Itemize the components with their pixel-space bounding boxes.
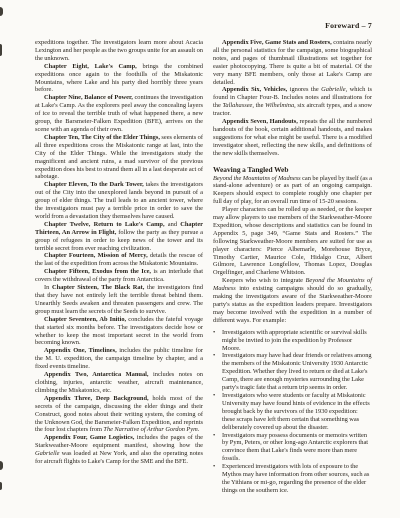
- text-run: Chapter Eight, Lake's Camp,: [44, 63, 137, 70]
- text-run: sees elements of all three expeditions c…: [35, 134, 203, 181]
- text-run: Appendix Seven, Handouts,: [222, 118, 298, 125]
- paragraph: Keepers who wish to integrate Beyond the…: [213, 277, 372, 324]
- text-run: Gabrielle: [35, 450, 60, 457]
- text-run: Chapter Fourteen, Mission of Mercy,: [44, 252, 148, 259]
- bullet-item: •Experienced investigators with lots of …: [213, 463, 372, 495]
- text-run: Appendix Six, Vehicles,: [222, 86, 287, 93]
- text-run: In: [44, 284, 52, 291]
- text-columns: expeditions together. The investigators …: [35, 39, 372, 495]
- text-run: Investigators may have had dear friends …: [222, 352, 372, 391]
- text-run: Chapter Fifteen, Exodus from the Ice,: [44, 268, 151, 275]
- text-run: Chapter Seventeen, Ab Initio,: [44, 316, 126, 323]
- paragraph: In Chapter Sixteen, The Black Rat, the i…: [35, 284, 203, 316]
- bullet-item: •Investigators may possess documents or …: [213, 432, 372, 464]
- text-run: The Narrative of Arthur Gordon Pym: [103, 426, 197, 433]
- text-run: Gabrielle: [321, 86, 346, 93]
- page: Foreward – 7 expeditions together. The i…: [0, 0, 400, 518]
- text-run: Beyond the Mountains of Madness: [213, 175, 301, 182]
- scan-artifact: [0, 461, 3, 470]
- paragraph: Player characters can be rolled up as ne…: [213, 206, 372, 277]
- bullet-item: •Investigators who were students or facu…: [213, 392, 372, 432]
- bullet-icon: •: [213, 329, 222, 337]
- scan-artifact: [0, 7, 3, 16]
- section-heading: Weaving a Tangled Web: [213, 166, 372, 174]
- paragraph: Appendix One, Timelines, includes the pu…: [35, 347, 203, 371]
- bullet-icon: •: [213, 463, 222, 471]
- text-run: Investigators with appropriate scientifi…: [222, 329, 367, 352]
- scan-artifact: [0, 482, 2, 490]
- right-column: Appendix Five, Game Stats and Rosters, c…: [213, 39, 372, 495]
- paragraph: Appendix Six, Vehicles, ignores the Gabr…: [213, 86, 372, 118]
- text-run: Investigators who were students or facul…: [222, 392, 370, 431]
- paragraph: Chapter Fifteen, Exodus from the Ice, is…: [35, 268, 203, 284]
- text-run: Keepers who wish to integrate: [222, 277, 305, 284]
- paragraph: Beyond the Mountains of Madness can be p…: [213, 175, 372, 207]
- paragraph: Chapter Eight, Lake's Camp, brings the c…: [35, 63, 203, 95]
- text-run: Appendix Five, Game Stats and Rosters,: [222, 39, 332, 46]
- text-run: Chapter Eleven, To the Dark Tower,: [44, 181, 144, 188]
- text-run: , the: [252, 102, 265, 109]
- text-run: .: [198, 426, 200, 433]
- text-run: Appendix Three, Deep Background,: [44, 395, 149, 402]
- text-run: Player characters can be rolled up as ne…: [213, 206, 372, 276]
- paragraph: Appendix Seven, Handouts, repeats the al…: [213, 118, 372, 158]
- paragraph: Chapter Ten, The City of the Elder Thing…: [35, 134, 203, 181]
- text-run: Chapter Sixteen, The Black Rat,: [52, 284, 144, 291]
- text-run: Tallahassee: [222, 102, 252, 109]
- text-run: and: [165, 221, 181, 228]
- paragraph: Appendix Five, Game Stats and Rosters, c…: [213, 39, 372, 86]
- bullet-item: •Investigators may have had dear friends…: [213, 352, 372, 392]
- paragraph: Chapter Fourteen, Mission of Mercy, deta…: [35, 252, 203, 268]
- text-run: into existing campaigns should do so gra…: [213, 285, 372, 324]
- running-head: Foreward – 7: [325, 21, 372, 30]
- text-run: Chapter Ten, The City of the Elder Thing…: [44, 134, 160, 141]
- paragraph: Appendix Four, Game Logistics, includes …: [35, 434, 203, 466]
- paragraph: Appendix Three, Deep Background, holds m…: [35, 395, 203, 435]
- text-run: Appendix Four, Game Logistics,: [44, 434, 134, 441]
- scan-artifact: [0, 44, 2, 56]
- text-run: Chapter Nine, Balance of Power,: [44, 94, 133, 101]
- text-run: Investigators may possess documents or m…: [222, 432, 368, 463]
- bullet-icon: •: [213, 392, 222, 400]
- text-run: Experienced investigators with lots of e…: [222, 463, 369, 494]
- bullet-icon: •: [213, 432, 222, 440]
- text-run: Appendix One, Timelines,: [44, 347, 117, 354]
- paragraph: Chapter Twelve, Return to Lake's Camp, a…: [35, 221, 203, 253]
- text-run: ignores the: [287, 86, 321, 93]
- bullet-icon: •: [213, 352, 222, 360]
- text-run: Wilhelmina: [265, 102, 294, 109]
- left-column: expeditions together. The investigators …: [35, 39, 203, 495]
- bullet-item: •Investigators with appropriate scientif…: [213, 329, 372, 353]
- bullet-list: •Investigators with appropriate scientif…: [213, 329, 372, 495]
- paragraph: Chapter Eleven, To the Dark Tower, takes…: [35, 181, 203, 221]
- paragraph: expeditions together. The investigators …: [35, 39, 203, 63]
- text-run: contains nearly all the personal statist…: [213, 39, 372, 86]
- text-run: was loaded at New York, and also the ope…: [35, 450, 203, 465]
- text-run: Chapter Twelve, Return to Lake's Camp,: [44, 221, 165, 228]
- paragraph: Chapter Nine, Balance of Power, continue…: [35, 94, 203, 134]
- paragraph: Chapter Seventeen, Ab Initio, concludes …: [35, 316, 203, 348]
- text-run: Appendix Two, Antarctica Manual,: [44, 371, 149, 378]
- text-run: expeditions together. The investigators …: [35, 39, 203, 62]
- paragraph: Appendix Two, Antarctica Manual, include…: [35, 371, 203, 395]
